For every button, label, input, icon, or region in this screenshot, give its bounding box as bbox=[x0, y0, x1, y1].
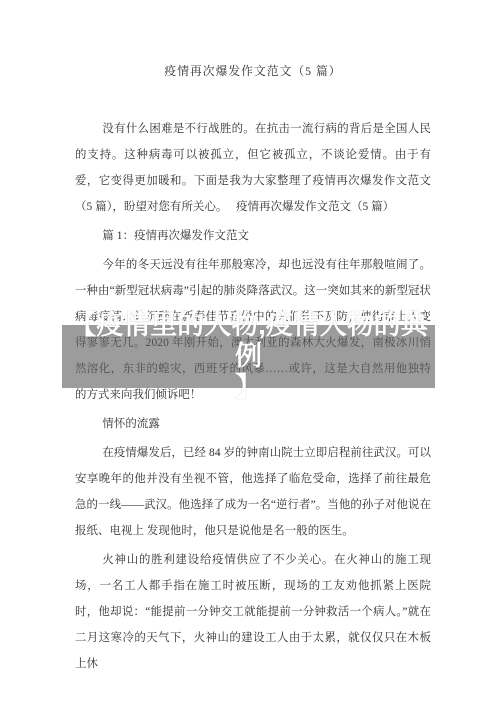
section-heading-feelings: 情怀的流露 bbox=[75, 411, 431, 437]
watermark-banner: 【疫情里的人物,疫情人物的典例 】 bbox=[62, 325, 435, 388]
paragraph-huoshenshan: 火神山的胜利建设给疫情供应了不少关心。在火神山的施工现场，一名工人都手指在施工时… bbox=[75, 547, 431, 677]
watermark-title: 【疫情里的人物,疫情人物的典例 】 bbox=[62, 325, 435, 388]
section-heading-part1: 篇 1：疫情再次爆发作文范文 bbox=[75, 223, 431, 249]
paragraph-intro: 没有什么困难是不行战胜的。在抗击一流行病的背后是全国人民的支持。这种病毒可以被孤… bbox=[75, 116, 431, 220]
document-page: 疫情再次爆发作文范文（5 篇） 没有什么困难是不行战胜的。在抗击一流行病的背后是… bbox=[0, 0, 500, 706]
document-title: 疫情再次爆发作文范文（5 篇） bbox=[75, 62, 431, 80]
paragraph-zhongnanshan: 在疫情爆发后，已经 84 岁的钟南山院士立即启程前往武汉。可以安享晚年的他并没有… bbox=[75, 440, 431, 544]
